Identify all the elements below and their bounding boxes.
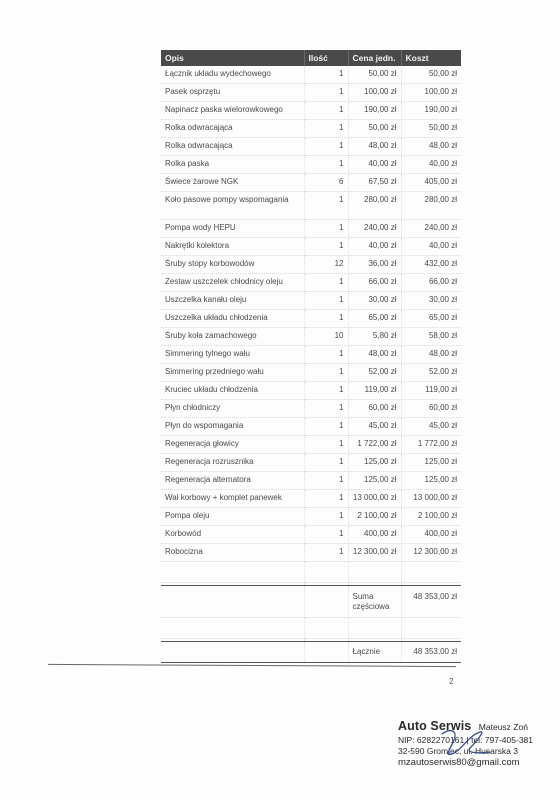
item-cost: 48,00 zł bbox=[401, 346, 461, 364]
item-cost: 190,00 zł bbox=[401, 102, 461, 120]
item-description: Kruciec układu chłodzenia bbox=[161, 382, 304, 400]
item-quantity: 1 bbox=[304, 454, 348, 472]
item-cost: 58,00 zł bbox=[401, 328, 461, 346]
table-row: Łącznik układu wydechowego150,00 zł50,00… bbox=[161, 66, 461, 84]
item-unit-price: 30,00 zł bbox=[348, 292, 401, 310]
item-quantity: 1 bbox=[304, 120, 348, 138]
item-quantity: 1 bbox=[304, 102, 348, 120]
item-description: Simmering tylnego wału bbox=[161, 346, 304, 364]
table-row: Pasek osprzętu1100,00 zł100,00 zł bbox=[161, 84, 461, 102]
item-quantity: 1 bbox=[304, 400, 348, 418]
item-description: Łącznik układu wydechowego bbox=[161, 66, 304, 84]
item-cost: 280,00 zł bbox=[401, 192, 461, 220]
item-cost: 45,00 zł bbox=[401, 418, 461, 436]
item-unit-price: 67,50 zł bbox=[348, 174, 401, 192]
item-cost: 125,00 zł bbox=[401, 454, 461, 472]
item-cost: 40,00 zł bbox=[401, 156, 461, 174]
item-quantity: 1 bbox=[304, 138, 348, 156]
spacer-row bbox=[161, 562, 461, 583]
table-row: Wał korbowy + komplet panewek113 000,00 … bbox=[161, 490, 461, 508]
item-description: Płyn chłodniczy bbox=[161, 400, 304, 418]
item-description: Rolka odwracająca bbox=[161, 138, 304, 156]
table-row: Simmering tylnego wału148,00 zł48,00 zł bbox=[161, 346, 461, 364]
item-description: Korbowód bbox=[161, 526, 304, 544]
item-cost: 40,00 zł bbox=[401, 238, 461, 256]
table-row: Regeneracja głowicy11 722,00 zł1 772,00 … bbox=[161, 436, 461, 454]
table-row: Rolka odwracająca148,00 zł48,00 zł bbox=[161, 138, 461, 156]
item-quantity: 1 bbox=[304, 544, 348, 562]
item-description: Uszczelka kanału oleju bbox=[161, 292, 304, 310]
item-description: Simmering przedniego wału bbox=[161, 364, 304, 382]
table-row: Pompa oleju12 100,00 zł2 100,00 zł bbox=[161, 508, 461, 526]
item-quantity: 1 bbox=[304, 436, 348, 454]
item-cost: 400,00 zł bbox=[401, 526, 461, 544]
item-unit-price: 125,00 zł bbox=[348, 454, 401, 472]
item-cost: 66,00 zł bbox=[401, 274, 461, 292]
table-row: Regeneracja rozrusznika1125,00 zł125,00 … bbox=[161, 454, 461, 472]
table-row: Śruby koła zamachowego105,80 zł58,00 zł bbox=[161, 328, 461, 346]
table-header-row: Opis Ilość Cena jedn. Koszt bbox=[161, 50, 461, 66]
item-cost: 65,00 zł bbox=[401, 310, 461, 328]
item-cost: 13 000,00 zł bbox=[401, 490, 461, 508]
item-unit-price: 125,00 zł bbox=[348, 472, 401, 490]
item-unit-price: 119,00 zł bbox=[348, 382, 401, 400]
item-description: Świece żarowe NGK bbox=[161, 174, 304, 192]
item-unit-price: 65,00 zł bbox=[348, 310, 401, 328]
item-quantity: 1 bbox=[304, 66, 348, 84]
header-description: Opis bbox=[161, 50, 304, 66]
item-unit-price: 40,00 zł bbox=[348, 156, 401, 174]
item-unit-price: 240,00 zł bbox=[348, 220, 401, 238]
item-unit-price: 2 100,00 zł bbox=[348, 508, 401, 526]
table-row: Zestaw uszczelek chłodnicy oleju166,00 z… bbox=[161, 274, 461, 292]
invoice-page: Opis Ilość Cena jedn. Koszt Łącznik ukła… bbox=[0, 0, 560, 799]
item-unit-price: 60,00 zł bbox=[348, 400, 401, 418]
invoice-items-table: Opis Ilość Cena jedn. Koszt Łącznik ukła… bbox=[161, 50, 461, 663]
item-cost: 119,00 zł bbox=[401, 382, 461, 400]
item-quantity: 1 bbox=[304, 472, 348, 490]
item-quantity: 1 bbox=[304, 382, 348, 400]
subtotal-row: Suma częściowa 48 353,00 zł bbox=[161, 586, 461, 618]
item-unit-price: 1 722,00 zł bbox=[348, 436, 401, 454]
table-body: Łącznik układu wydechowego150,00 zł50,00… bbox=[161, 66, 461, 663]
item-unit-price: 36,00 zł bbox=[348, 256, 401, 274]
item-quantity: 1 bbox=[304, 364, 348, 382]
item-quantity: 1 bbox=[304, 418, 348, 436]
item-quantity: 1 bbox=[304, 490, 348, 508]
item-quantity: 1 bbox=[304, 192, 348, 220]
table-row: Pompa wody HEPU1240,00 zł240,00 zł bbox=[161, 220, 461, 238]
table-row: Koło pasowe pompy wspomagania1280,00 zł2… bbox=[161, 192, 461, 220]
item-unit-price: 5,80 zł bbox=[348, 328, 401, 346]
header-cost: Koszt bbox=[401, 50, 461, 66]
table-row: Rolka paska140,00 zł40,00 zł bbox=[161, 156, 461, 174]
item-description: Regeneracja głowicy bbox=[161, 436, 304, 454]
item-unit-price: 48,00 zł bbox=[348, 138, 401, 156]
table-row: Płyn chłodniczy160,00 zł60,00 zł bbox=[161, 400, 461, 418]
total-value: 48 353,00 zł bbox=[401, 642, 461, 663]
item-cost: 60,00 zł bbox=[401, 400, 461, 418]
item-unit-price: 190,00 zł bbox=[348, 102, 401, 120]
item-description: Rolka odwracająca bbox=[161, 120, 304, 138]
item-unit-price: 100,00 zł bbox=[348, 84, 401, 102]
item-unit-price: 40,00 zł bbox=[348, 238, 401, 256]
item-cost: 240,00 zł bbox=[401, 220, 461, 238]
table-row: Nakrętki kolektora140,00 zł40,00 zł bbox=[161, 238, 461, 256]
item-description: Robocizna bbox=[161, 544, 304, 562]
total-row: Łącznie 48 353,00 zł bbox=[161, 642, 461, 663]
table-row: Simmering przedniego wału152,00 zł52,00 … bbox=[161, 364, 461, 382]
item-description: Nakrętki kolektora bbox=[161, 238, 304, 256]
table-row: Uszczelka kanału oleju130,00 zł30,00 zł bbox=[161, 292, 461, 310]
item-cost: 1 772,00 zł bbox=[401, 436, 461, 454]
item-cost: 432,00 zł bbox=[401, 256, 461, 274]
item-cost: 30,00 zł bbox=[401, 292, 461, 310]
table-row: Napinacz paska wielorowkowego1190,00 zł1… bbox=[161, 102, 461, 120]
item-quantity: 12 bbox=[304, 256, 348, 274]
item-cost: 405,00 zł bbox=[401, 174, 461, 192]
item-unit-price: 13 000,00 zł bbox=[348, 490, 401, 508]
table-row: Śruby stopy korbowodów1236,00 zł432,00 z… bbox=[161, 256, 461, 274]
table-row: Uszczelka układu chłodzenia165,00 zł65,0… bbox=[161, 310, 461, 328]
item-description: Śruby stopy korbowodów bbox=[161, 256, 304, 274]
total-label: Łącznie bbox=[348, 642, 401, 663]
footer-divider bbox=[48, 664, 456, 667]
item-description: Pompa oleju bbox=[161, 508, 304, 526]
item-description: Pasek osprzętu bbox=[161, 84, 304, 102]
item-quantity: 1 bbox=[304, 156, 348, 174]
item-quantity: 1 bbox=[304, 508, 348, 526]
item-cost: 100,00 zł bbox=[401, 84, 461, 102]
item-cost: 50,00 zł bbox=[401, 120, 461, 138]
item-unit-price: 280,00 zł bbox=[348, 192, 401, 220]
item-unit-price: 48,00 zł bbox=[348, 346, 401, 364]
item-unit-price: 400,00 zł bbox=[348, 526, 401, 544]
item-description: Uszczelka układu chłodzenia bbox=[161, 310, 304, 328]
item-description: Zestaw uszczelek chłodnicy oleju bbox=[161, 274, 304, 292]
table-row: Kruciec układu chłodzenia1119,00 zł119,0… bbox=[161, 382, 461, 400]
item-cost: 50,00 zł bbox=[401, 66, 461, 84]
item-quantity: 1 bbox=[304, 84, 348, 102]
item-unit-price: 50,00 zł bbox=[348, 66, 401, 84]
item-description: Pompa wody HEPU bbox=[161, 220, 304, 238]
signature-scribble-icon bbox=[440, 726, 500, 766]
item-cost: 48,00 zł bbox=[401, 138, 461, 156]
item-quantity: 1 bbox=[304, 526, 348, 544]
item-cost: 2 100,00 zł bbox=[401, 508, 461, 526]
item-unit-price: 66,00 zł bbox=[348, 274, 401, 292]
item-quantity: 1 bbox=[304, 238, 348, 256]
header-unit-price: Cena jedn. bbox=[348, 50, 401, 66]
item-unit-price: 12 300,00 zł bbox=[348, 544, 401, 562]
item-description: Płyn do wspomagania bbox=[161, 418, 304, 436]
table-row: Regeneracja alternatora1125,00 zł125,00 … bbox=[161, 472, 461, 490]
item-cost: 12 300,00 zł bbox=[401, 544, 461, 562]
table-row: Świece żarowe NGK667,50 zł405,00 zł bbox=[161, 174, 461, 192]
item-unit-price: 50,00 zł bbox=[348, 120, 401, 138]
item-quantity: 1 bbox=[304, 292, 348, 310]
subtotal-value: 48 353,00 zł bbox=[401, 586, 461, 618]
table-row: Płyn do wspomagania145,00 zł45,00 zł bbox=[161, 418, 461, 436]
item-quantity: 10 bbox=[304, 328, 348, 346]
subtotal-label: Suma częściowa bbox=[348, 586, 401, 618]
item-quantity: 1 bbox=[304, 310, 348, 328]
item-description: Napinacz paska wielorowkowego bbox=[161, 102, 304, 120]
item-description: Rolka paska bbox=[161, 156, 304, 174]
item-cost: 125,00 zł bbox=[401, 472, 461, 490]
item-description: Regeneracja alternatora bbox=[161, 472, 304, 490]
item-unit-price: 45,00 zł bbox=[348, 418, 401, 436]
item-quantity: 1 bbox=[304, 346, 348, 364]
item-description: Wał korbowy + komplet panewek bbox=[161, 490, 304, 508]
item-description: Regeneracja rozrusznika bbox=[161, 454, 304, 472]
item-cost: 52,00 zł bbox=[401, 364, 461, 382]
page-number: 2 bbox=[449, 677, 453, 686]
table-row: Korbowód1400,00 zł400,00 zł bbox=[161, 526, 461, 544]
header-quantity: Ilość bbox=[304, 50, 348, 66]
item-quantity: 1 bbox=[304, 274, 348, 292]
item-description: Koło pasowe pompy wspomagania bbox=[161, 192, 304, 220]
item-quantity: 6 bbox=[304, 174, 348, 192]
item-unit-price: 52,00 zł bbox=[348, 364, 401, 382]
spacer-row bbox=[161, 618, 461, 639]
table-row: Rolka odwracająca150,00 zł50,00 zł bbox=[161, 120, 461, 138]
table-row: Robocizna112 300,00 zł12 300,00 zł bbox=[161, 544, 461, 562]
item-description: Śruby koła zamachowego bbox=[161, 328, 304, 346]
item-quantity: 1 bbox=[304, 220, 348, 238]
